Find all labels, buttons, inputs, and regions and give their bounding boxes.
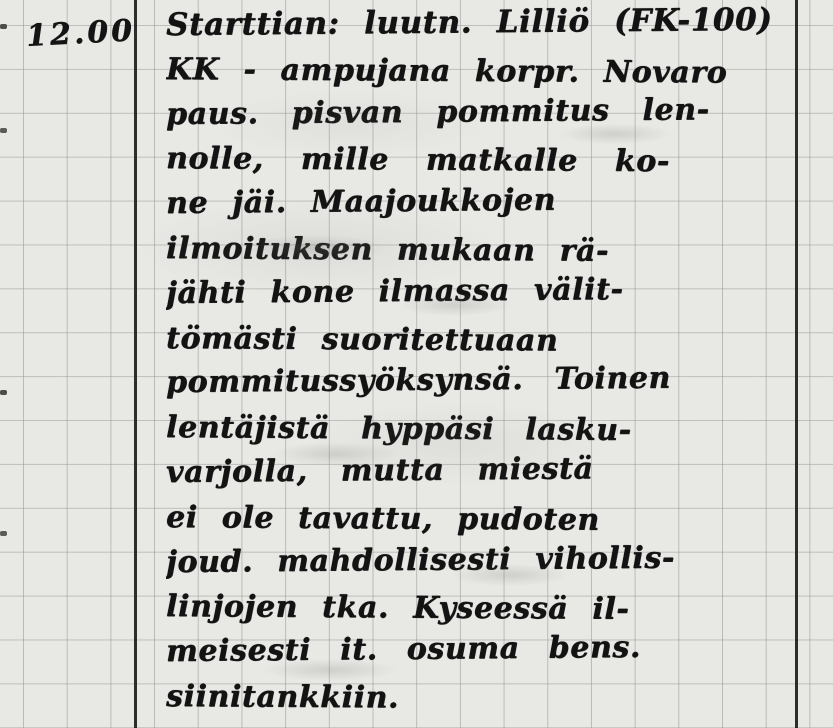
- handwritten-line: meisesti it. osuma bens.: [166, 625, 814, 675]
- handwritten-line: varjolla, mutta miestä: [166, 445, 814, 495]
- entry-time: 12.00: [25, 13, 136, 54]
- logbook-page: 12.00 Starttian: luutn. Lilliö (FK-100) …: [0, 0, 833, 728]
- left-margin-rule: [134, 0, 137, 728]
- page-edge-mark: [0, 24, 7, 29]
- handwritten-line: joud. mahdollisesti vihollis-: [166, 535, 814, 585]
- handwritten-line: jähti kone ilmassa välit-: [166, 266, 814, 316]
- handwritten-line: pommitussyöksynsä. Toinen: [166, 356, 814, 406]
- page-edge-mark: [0, 531, 7, 536]
- handwritten-line: paus. pisvan pommitus len-: [166, 87, 814, 137]
- handwritten-line: Starttian: luutn. Lilliö (FK-100): [166, 3, 814, 48]
- page-edge-mark: [0, 390, 7, 395]
- page-edge-mark: [0, 128, 7, 133]
- handwritten-line: siinitankkiin.: [166, 675, 814, 724]
- handwritten-entry: Starttian: luutn. Lilliö (FK-100) KK - a…: [166, 3, 814, 725]
- handwritten-line: ne jäi. Maajoukkojen: [166, 177, 814, 227]
